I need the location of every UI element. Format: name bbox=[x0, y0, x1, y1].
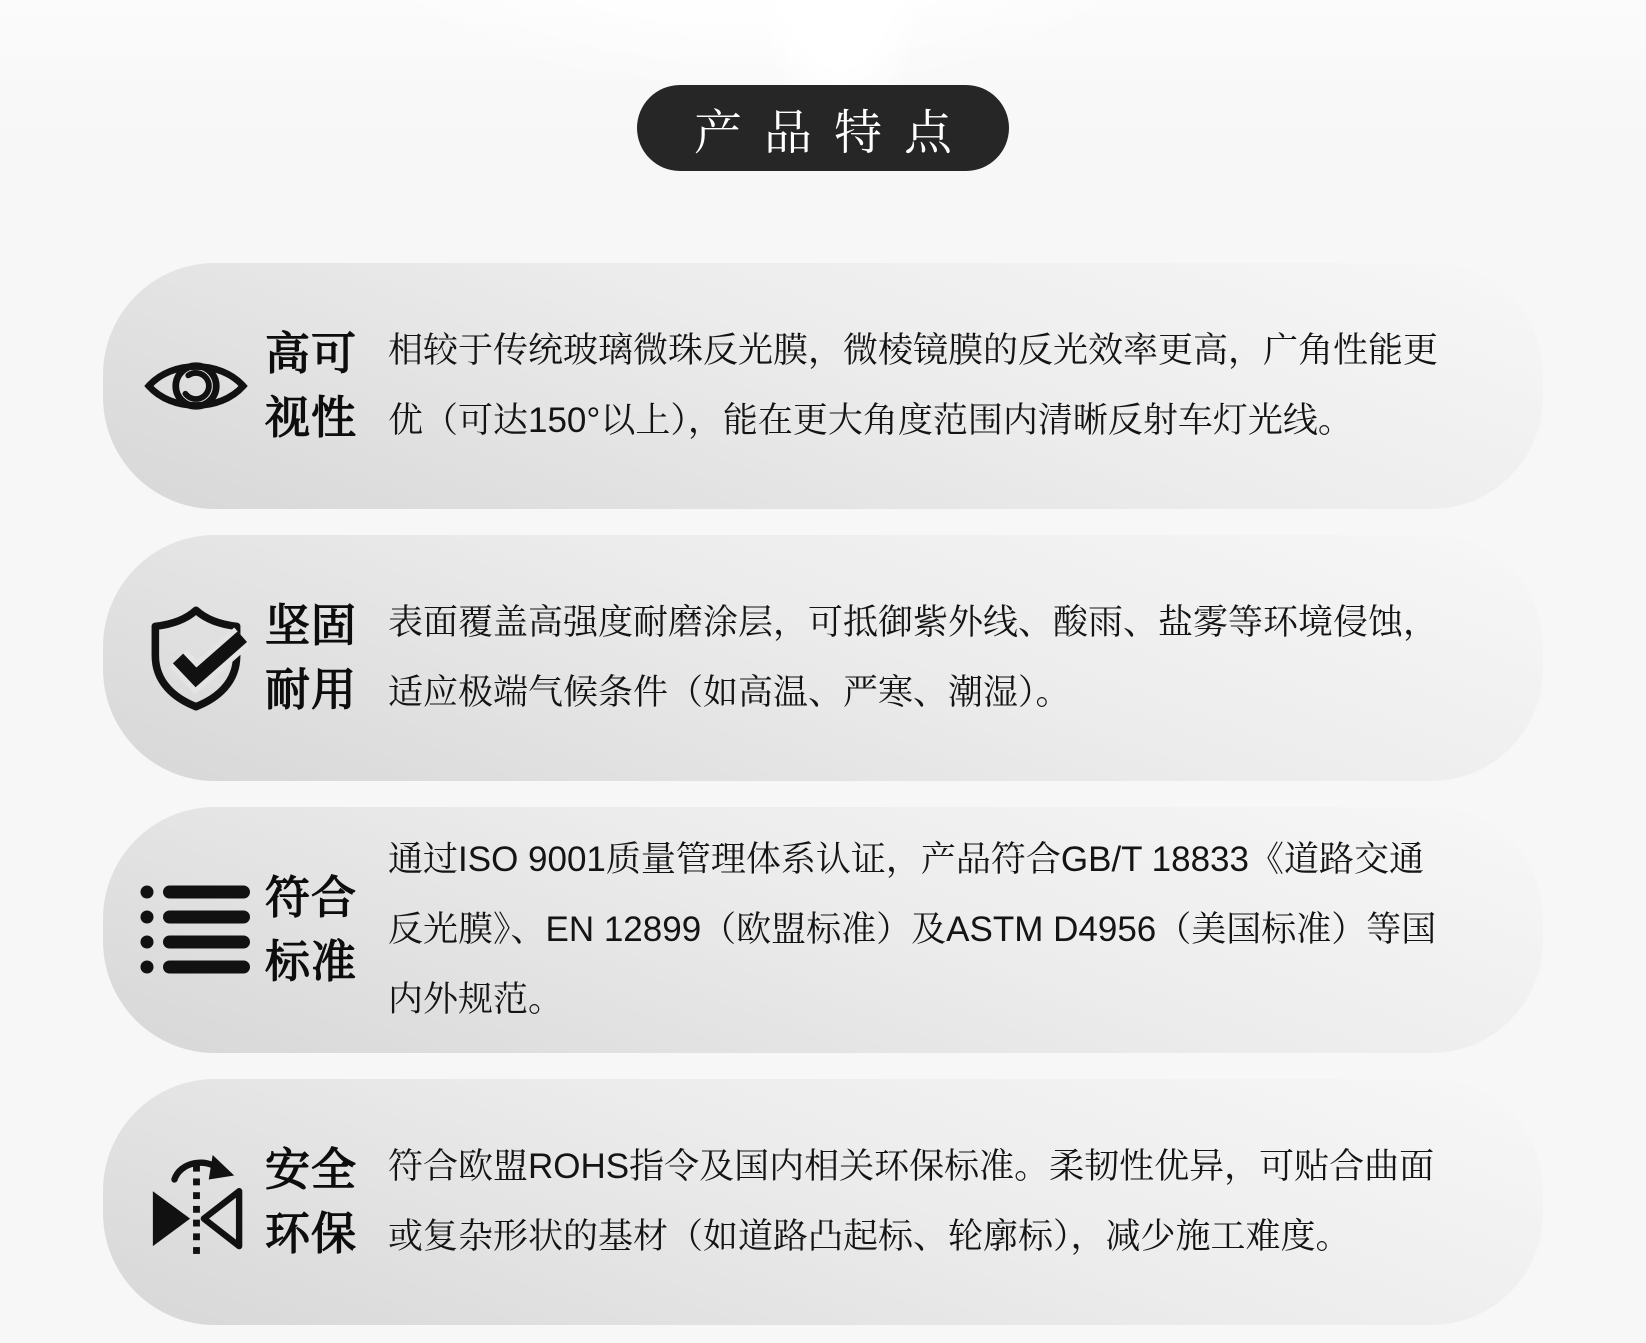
feature-card-list: 高可 视性 相较于传统玻璃微珠反光膜，微棱镜膜的反光效率更高，广角性能更优（可达… bbox=[0, 263, 1646, 1325]
section-title-pill: 产品特点 bbox=[637, 85, 1009, 171]
feature-card-visibility: 高可 视性 相较于传统玻璃微珠反光膜，微棱镜膜的反光效率更高，广角性能更优（可达… bbox=[103, 263, 1543, 509]
bulleted-list-icon bbox=[138, 870, 253, 990]
feature-card-durable: 坚固 耐用 表面覆盖高强度耐磨涂层，可抵御紫外线、酸雨、盐雾等环境侵蚀，适应极端… bbox=[103, 535, 1543, 781]
feature-description: 符合欧盟ROHS指令及国内相关环保标准。柔韧性优异，可贴合曲面或复杂形状的基材（… bbox=[388, 1132, 1446, 1272]
feature-description: 通过ISO 9001质量管理体系认证，产品符合GB/T 18833《道路交通反光… bbox=[388, 825, 1446, 1035]
feature-title: 高可 视性 bbox=[265, 322, 360, 450]
feature-card-standards: 符合 标准 通过ISO 9001质量管理体系认证，产品符合GB/T 18833《… bbox=[103, 807, 1543, 1053]
feature-title: 坚固 耐用 bbox=[265, 594, 360, 722]
feature-title: 符合 标准 bbox=[265, 866, 360, 994]
feature-title: 安全 环保 bbox=[265, 1138, 360, 1266]
feature-description: 表面覆盖高强度耐磨涂层，可抵御紫外线、酸雨、盐雾等环境侵蚀，适应极端气候条件（如… bbox=[388, 588, 1446, 728]
shield-check-icon bbox=[138, 598, 253, 718]
eye-icon bbox=[138, 326, 253, 446]
feature-card-eco: 安全 环保 符合欧盟ROHS指令及国内相关环保标准。柔韧性优异，可贴合曲面或复杂… bbox=[103, 1079, 1543, 1325]
feature-description: 相较于传统玻璃微珠反光膜，微棱镜膜的反光效率更高，广角性能更优（可达150°以上… bbox=[388, 316, 1446, 456]
flip-horizontal-icon bbox=[138, 1142, 253, 1262]
section-title: 产品特点 bbox=[672, 94, 974, 163]
